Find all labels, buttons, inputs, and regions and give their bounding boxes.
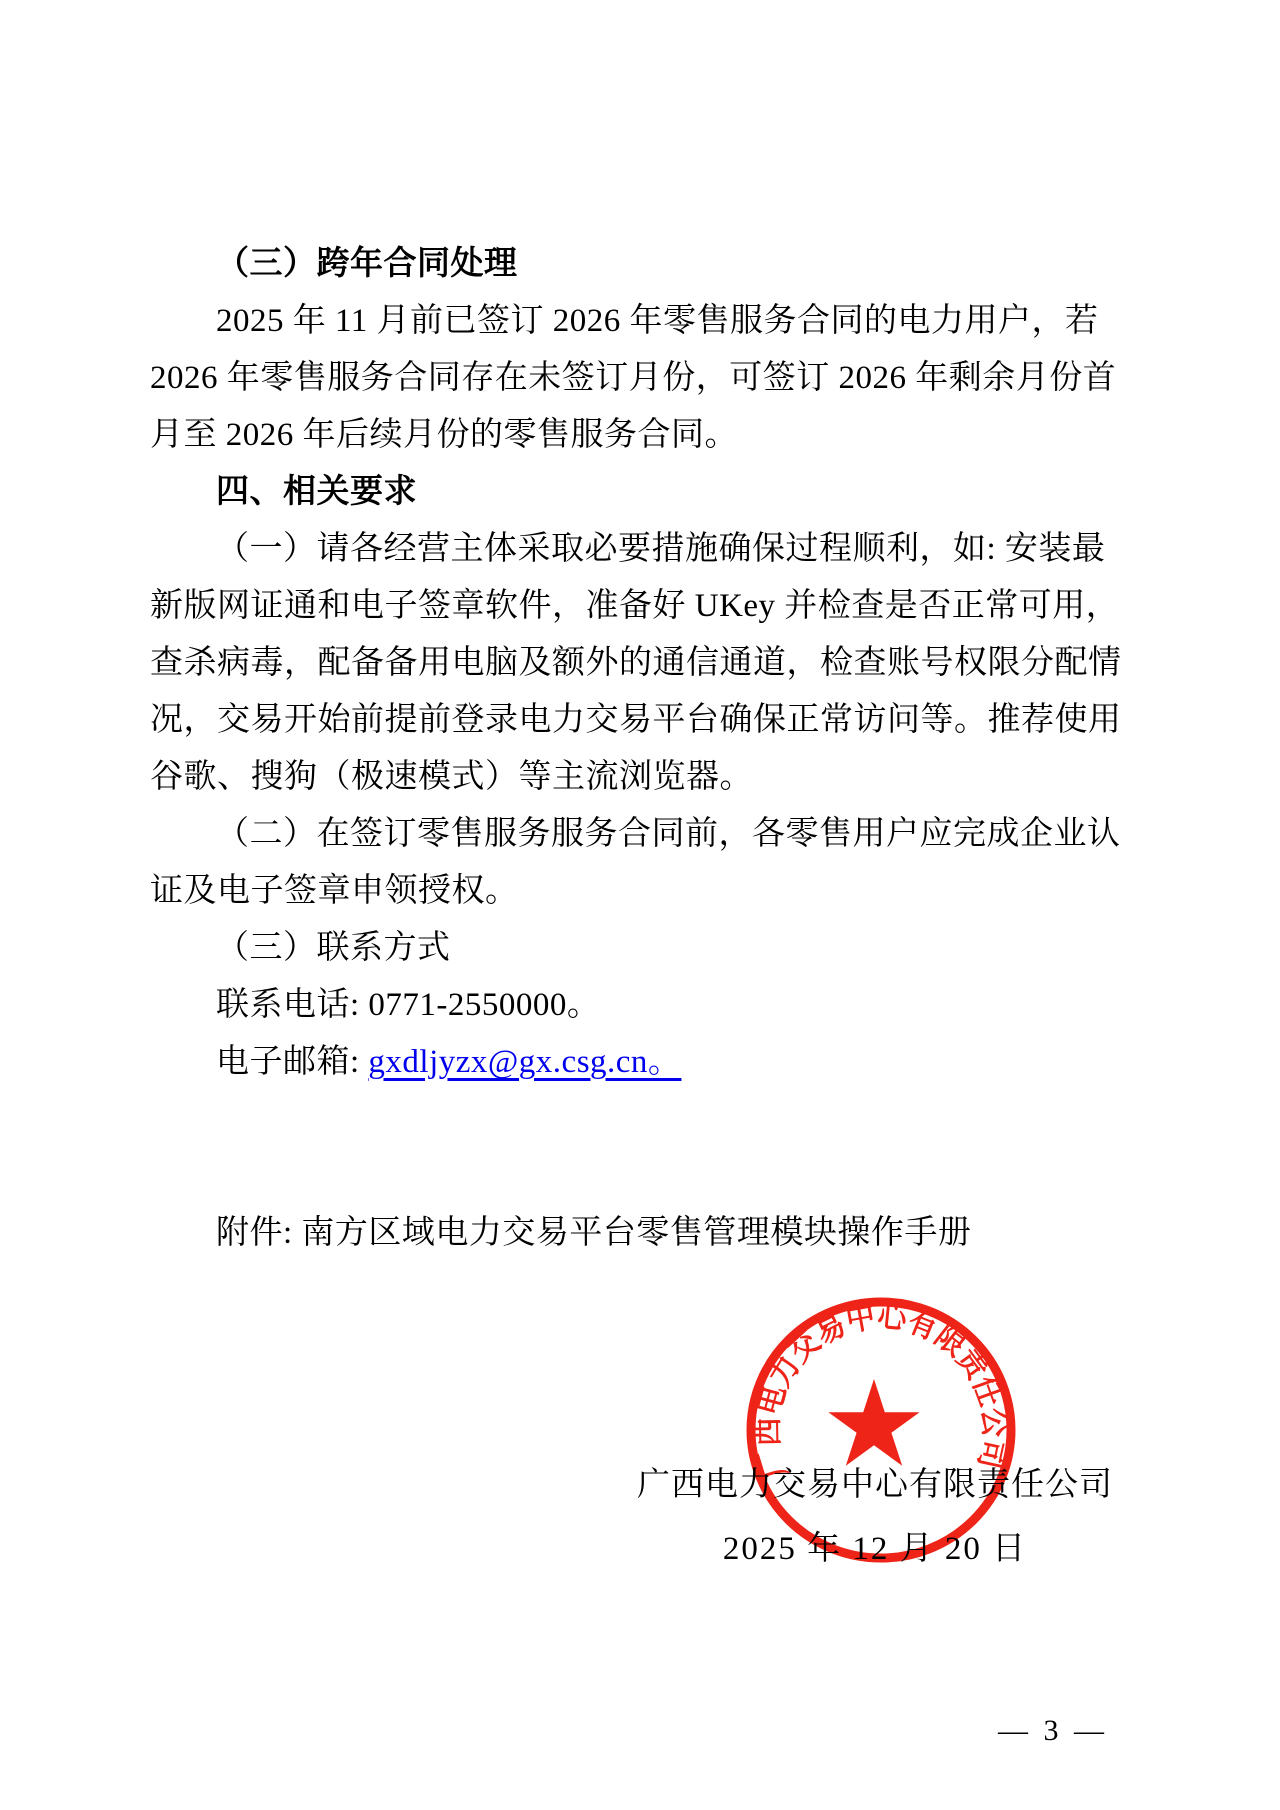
document-page: （三）跨年合同处理2025 年 11 月前已签订 2026 年零售服务合同的电力… [0,0,1280,1810]
line-text: 2025 年 11 月前已签订 2026 年零售服务合同的电力用户，若 [216,303,1099,339]
line-text: 电子邮箱: [216,1044,368,1080]
line-text: （三）联系方式 [216,930,451,966]
line-text: 附件: 南方区域电力交易平台零售管理模块操作手册 [216,1215,971,1251]
section-heading: 四、相关要求 [150,464,1140,521]
email-link[interactable]: gxdljyzx@gx.csg.cn。 [368,1044,681,1080]
seal-arc-text: 广西电力交易中心有限责任公司 [749,1297,1013,1482]
doc-line: （三）联系方式 [150,920,1140,977]
line-text: 查杀病毒，配备备用电脑及额外的通信通道，检查账号权限分配情 [150,645,1122,681]
line-text: 新版网证通和电子签章软件，准备好 UKey 并检查是否正常可用， [150,588,1119,624]
doc-line: 况，交易开始前提前登录电力交易平台确保正常访问等。推荐使用 [150,692,1140,749]
line-text: 月至 2026 年后续月份的零售服务合同。 [150,417,738,453]
line-text: 谷歌、搜狗（极速模式）等主流浏览器。 [150,759,753,795]
svg-text:广西电力交易中心有限责任公司: 广西电力交易中心有限责任公司 [749,1297,1013,1482]
seal-ring [751,1302,1011,1558]
line-text: （三）跨年合同处理 [216,246,518,282]
doc-line: 2026 年零售服务合同存在未签订月份，可签订 2026 年剩余月份首 [150,350,1140,407]
line-text: （一）请各经营主体采取必要措施确保过程顺利，如: 安装最 [216,531,1105,567]
doc-line: 谷歌、搜狗（极速模式）等主流浏览器。 [150,749,1140,806]
document-body: （三）跨年合同处理2025 年 11 月前已签订 2026 年零售服务合同的电力… [150,236,1140,1262]
blank-line [150,1091,1140,1148]
doc-line: 新版网证通和电子签章软件，准备好 UKey 并检查是否正常可用， [150,578,1140,635]
doc-line: 电子邮箱: gxdljyzx@gx.csg.cn。 [150,1034,1140,1091]
doc-line: 2025 年 11 月前已签订 2026 年零售服务合同的电力用户，若 [150,293,1140,350]
line-text: 况，交易开始前提前登录电力交易平台确保正常访问等。推荐使用 [150,702,1122,738]
doc-line: （一）请各经营主体采取必要措施确保过程顺利，如: 安装最 [150,521,1140,578]
doc-line: 附件: 南方区域电力交易平台零售管理模块操作手册 [150,1205,1140,1262]
line-text: 联系电话: 0771-2550000。 [216,987,600,1023]
line-text: （二）在签订零售服务服务合同前，各零售用户应完成企业认 [216,816,1121,852]
signature-date: 2025 年 12 月 20 日 [555,1522,1195,1569]
seal-star-icon [828,1379,919,1466]
page-number: — 3 — [998,1714,1108,1748]
doc-line: 查杀病毒，配备备用电脑及额外的通信通道，检查账号权限分配情 [150,635,1140,692]
line-text: 证及电子签章申领授权。 [150,873,519,909]
signature-company: 广西电力交易中心有限责任公司 [555,1458,1195,1505]
section-heading: （三）跨年合同处理 [150,236,1140,293]
doc-line: （二）在签订零售服务服务合同前，各零售用户应完成企业认 [150,806,1140,863]
line-text: 2026 年零售服务合同存在未签订月份，可签订 2026 年剩余月份首 [150,360,1116,396]
doc-line: 证及电子签章申领授权。 [150,863,1140,920]
doc-line: 月至 2026 年后续月份的零售服务合同。 [150,407,1140,464]
doc-line: 联系电话: 0771-2550000。 [150,977,1140,1034]
blank-line [150,1148,1140,1205]
line-text: 四、相关要求 [216,474,417,510]
